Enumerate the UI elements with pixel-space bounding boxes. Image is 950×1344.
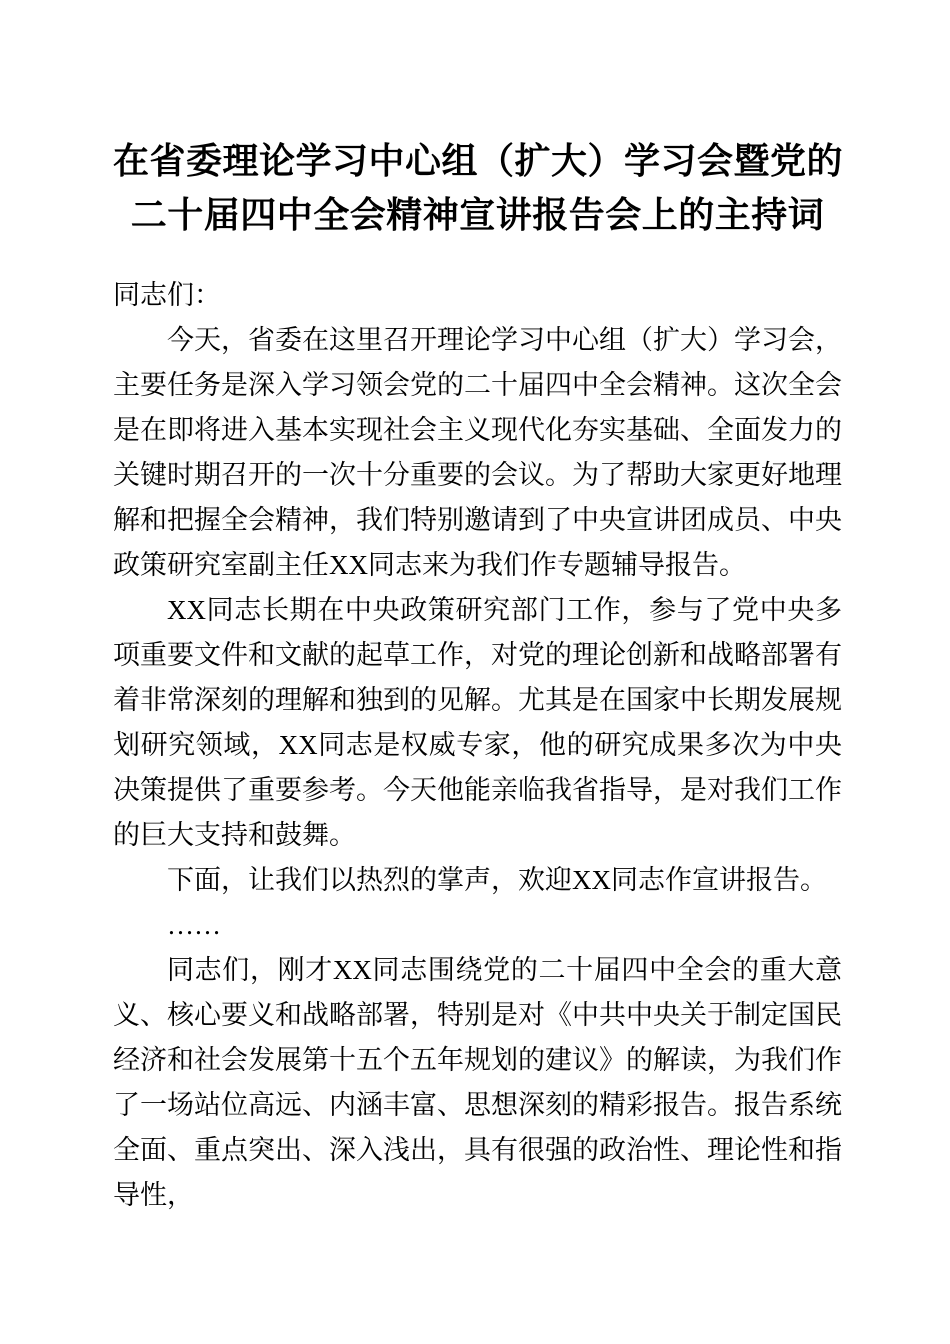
paragraph: 同志们，刚才XX同志围绕党的二十届四中全会的重大意义、核心要义和战略部署，特别是… (113, 948, 842, 1218)
document-title-line-1: 在省委理论学习中心组（扩大）学习会暨党的 (113, 134, 842, 188)
paragraph: 今天，省委在这里召开理论学习中心组（扩大）学习会，主要任务是深入学习领会党的二十… (113, 318, 842, 588)
paragraph: XX同志长期在中央政策研究部门工作，参与了党中央多项重要文件和文献的起草工作，对… (113, 588, 842, 858)
document-title-line-2: 二十届四中全会精神宣讲报告会上的主持词 (113, 188, 842, 242)
document-title: 在省委理论学习中心组（扩大）学习会暨党的 二十届四中全会精神宣讲报告会上的主持词 (113, 134, 842, 242)
paragraph: 下面，让我们以热烈的掌声，欢迎XX同志作宣讲报告。 (113, 858, 842, 903)
paragraph-ellipsis: …… (113, 903, 842, 948)
paragraph-salutation: 同志们： (113, 273, 842, 318)
document-page: 在省委理论学习中心组（扩大）学习会暨党的 二十届四中全会精神宣讲报告会上的主持词… (0, 0, 950, 1344)
document-body: 同志们： 今天，省委在这里召开理论学习中心组（扩大）学习会，主要任务是深入学习领… (113, 273, 842, 1218)
